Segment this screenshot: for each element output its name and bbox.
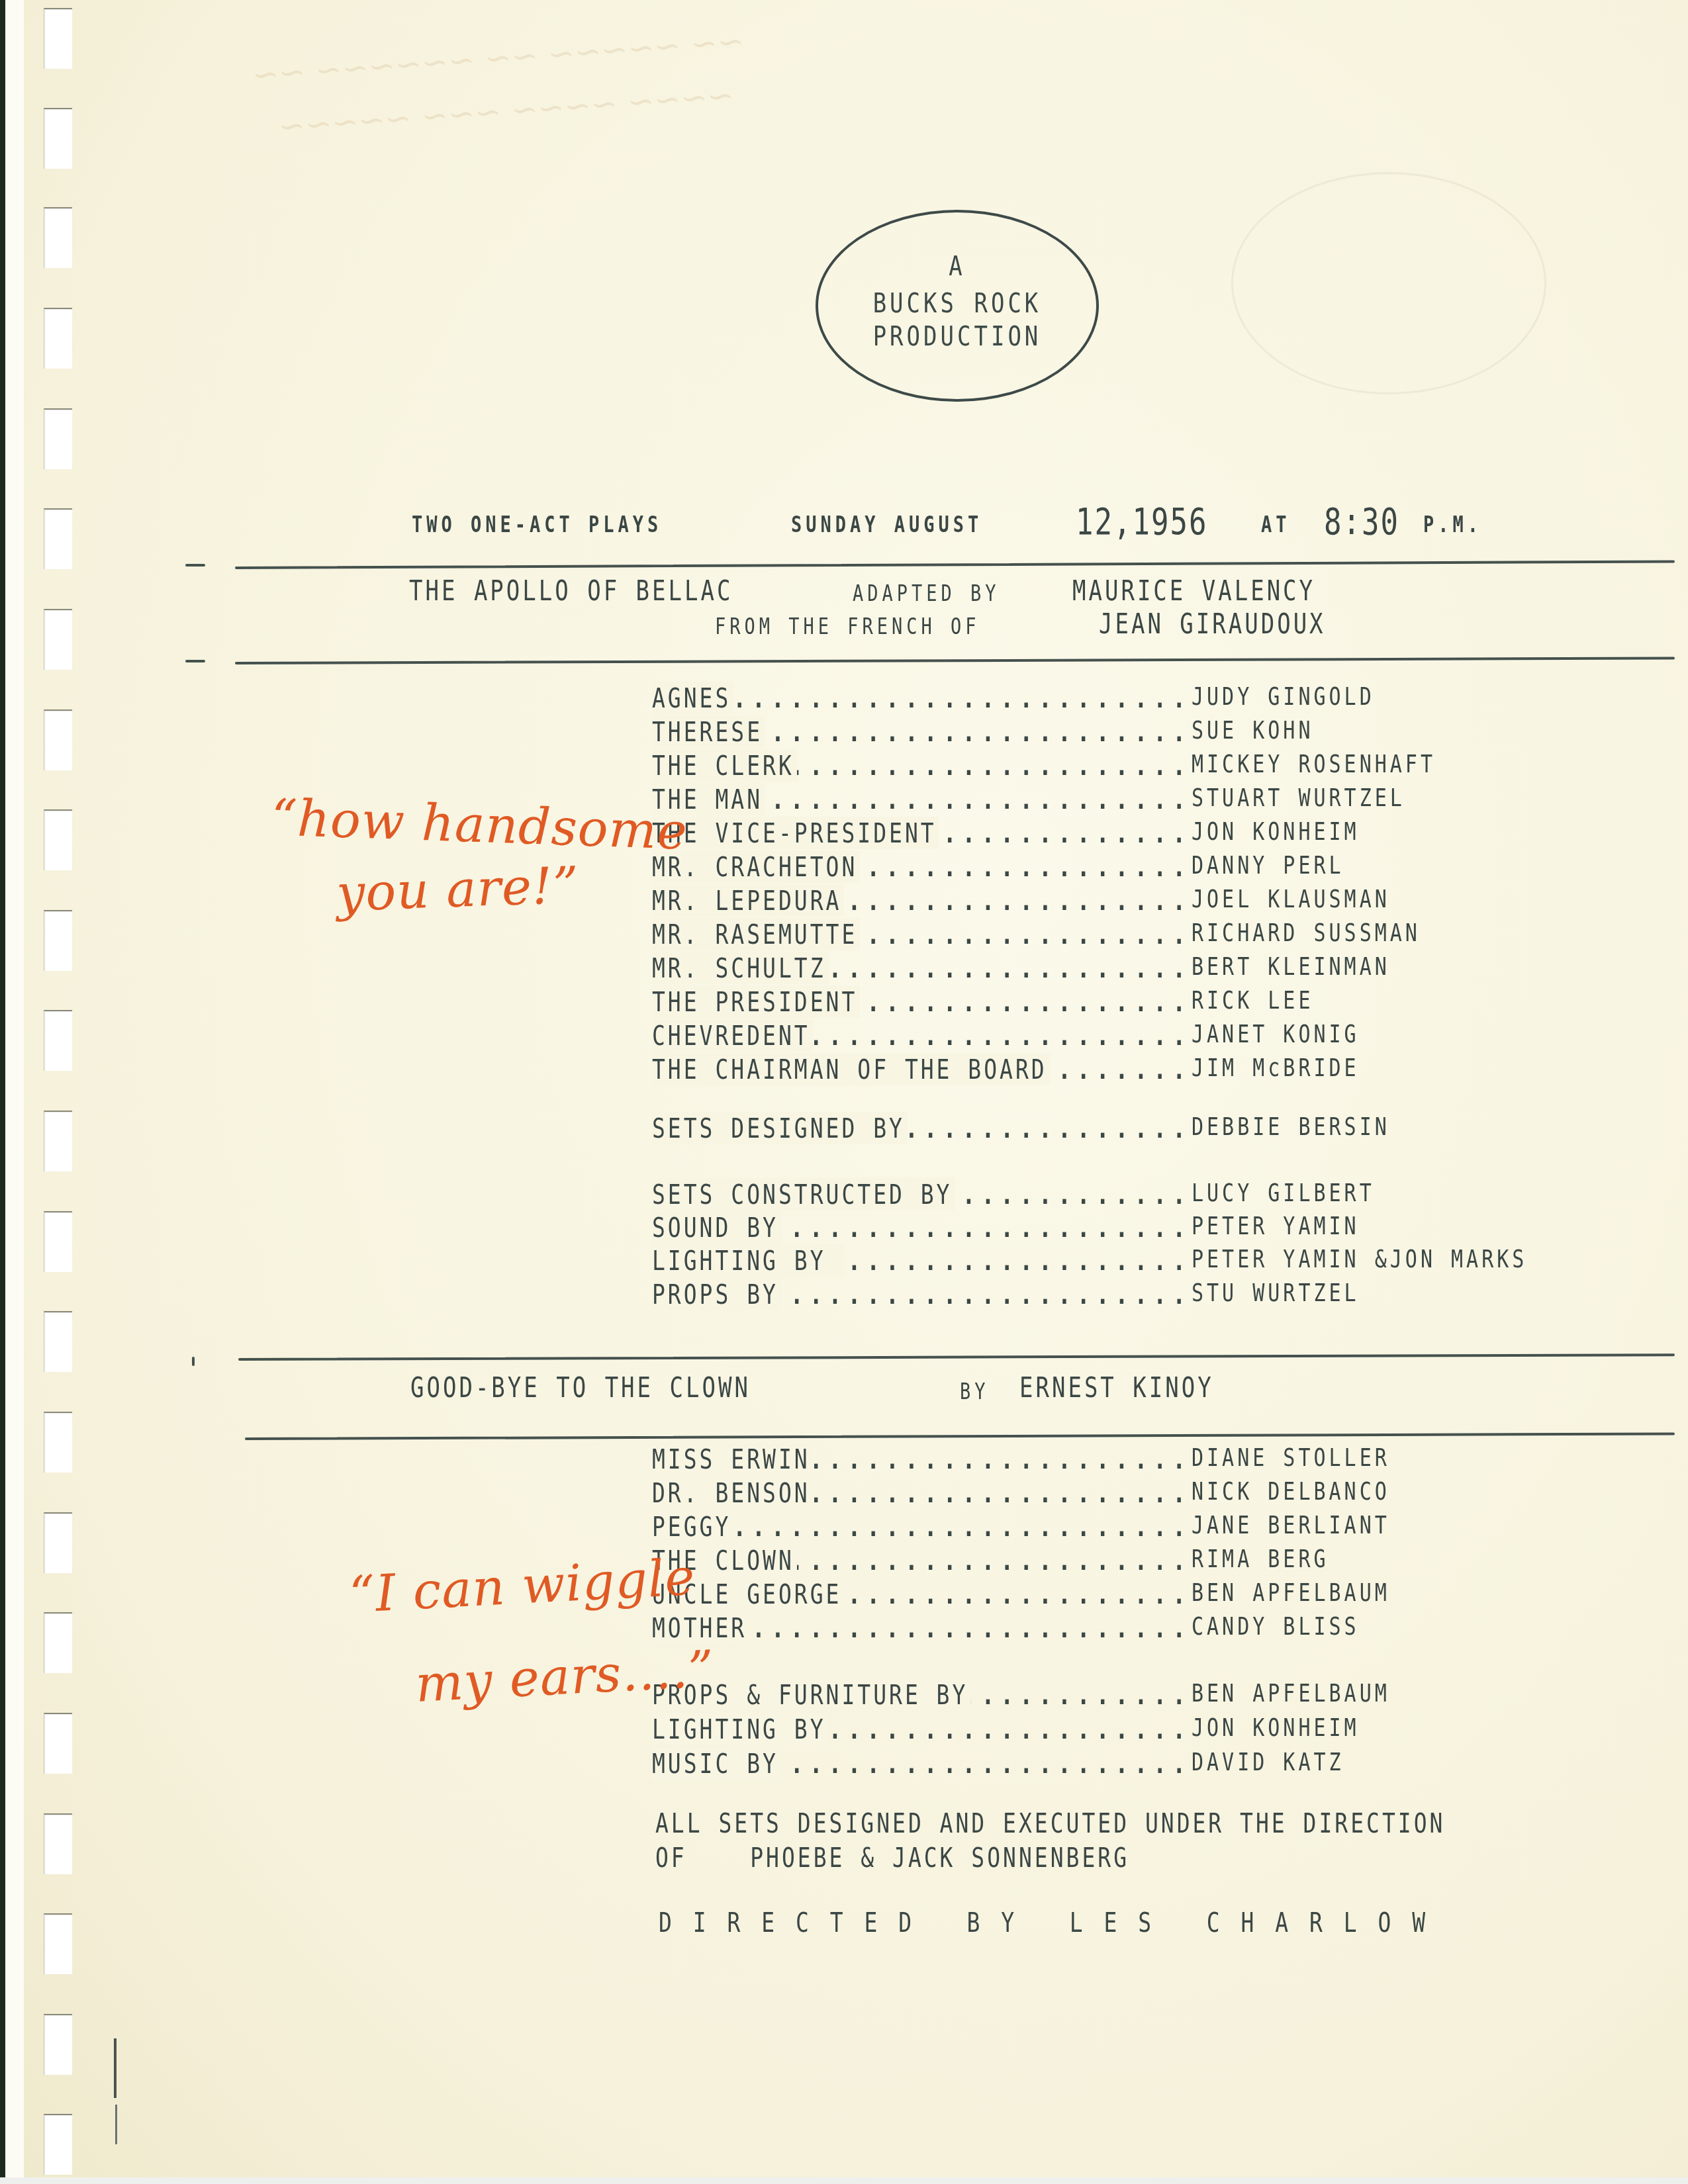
directed-by: D I R E C T E D B Y L E S C H A R L O W — [659, 1906, 1429, 1938]
credit-role: PEGGY — [652, 1510, 733, 1543]
binding-hole — [44, 8, 72, 69]
credit-role: PROPS BY — [652, 1278, 781, 1310]
credit-row: ........................................… — [652, 1685, 1645, 1714]
section-rule — [235, 561, 1675, 569]
binding-hole — [44, 2014, 72, 2075]
binding-hole — [44, 108, 72, 169]
credit-name: DANNY PERL — [1192, 851, 1344, 880]
set-direction-line1: ALL SETS DESIGNED AND EXECUTED UNDER THE… — [655, 1807, 1445, 1839]
credit-name: STUART WURTZEL — [1192, 784, 1405, 813]
binding-hole — [44, 308, 72, 369]
credit-row: ........................................… — [652, 1551, 1645, 1580]
credit-name: DEBBIE BERSIN — [1192, 1113, 1390, 1142]
rule-stub — [185, 660, 205, 662]
performance-time: 8:30 — [1324, 501, 1399, 543]
credit-name: PETER YAMIN — [1192, 1212, 1360, 1241]
section-rule — [238, 1353, 1675, 1361]
credit-row: ........................................… — [652, 1060, 1645, 1089]
credit-row: ........................................… — [652, 1449, 1645, 1479]
credit-row: ........................................… — [652, 992, 1645, 1021]
binding-hole — [44, 207, 72, 268]
play1-from-label: FROM THE FRENCH OF — [715, 614, 980, 640]
credit-role: MISS ERWIN — [652, 1443, 813, 1475]
credit-name: BEN APFELBAUM — [1192, 1578, 1390, 1608]
handwritten-note-1-line1: “how handsome — [270, 788, 688, 861]
binding-hole — [44, 709, 72, 770]
credit-row: ........................................… — [652, 1517, 1645, 1546]
binding-hole — [44, 609, 72, 670]
binding-hole — [44, 508, 72, 569]
scan-edge — [0, 0, 5, 2184]
credit-role: SETS DESIGNED BY — [652, 1112, 908, 1144]
play2-by-label: BY — [960, 1379, 990, 1405]
credit-name: DAVID KATZ — [1192, 1748, 1344, 1777]
credit-name: RIMA BERG — [1192, 1545, 1329, 1574]
ampm-label: P.M. — [1423, 512, 1482, 538]
rule-stub — [185, 564, 205, 567]
credit-row: ........................................… — [652, 1483, 1645, 1512]
logo-line-a: A — [818, 251, 1096, 283]
credit-name: BEN APFELBAUM — [1192, 1679, 1390, 1708]
play2-author: ERNEST KINOY — [1019, 1371, 1214, 1404]
binding-hole — [44, 1211, 72, 1272]
binding-hole — [44, 2114, 72, 2175]
credit-role: THE VICE-PRESIDENT — [652, 817, 939, 849]
credit-name: RICK LEE — [1192, 986, 1314, 1015]
credit-name: PETER YAMIN &JON MARKS — [1192, 1245, 1527, 1274]
credit-name: MICKEY ROSENHAFT — [1192, 750, 1436, 779]
credit-row: ........................................… — [652, 1754, 1645, 1783]
credit-row: ........................................… — [652, 1026, 1645, 1055]
credit-name: JIM McBRIDE — [1192, 1054, 1360, 1083]
performance-day: SUNDAY AUGUST — [791, 512, 982, 538]
logo-line-bucks-rock: BUCKS ROCK — [818, 288, 1096, 320]
credit-row: ........................................… — [652, 1251, 1645, 1280]
binding-hole — [44, 1311, 72, 1372]
credit-name: RICHARD SUSSMAN — [1192, 919, 1421, 948]
credit-role: SETS CONSTRUCTED BY — [652, 1178, 955, 1210]
credit-row: ........................................… — [652, 857, 1645, 886]
credit-role: THE CLERK — [652, 749, 797, 782]
binding-hole — [44, 1512, 72, 1573]
credit-name: JANE BERLIANT — [1192, 1511, 1390, 1540]
credit-row: ........................................… — [652, 688, 1645, 717]
credit-row: ........................................… — [652, 756, 1645, 785]
credit-name: LUCY GILBERT — [1192, 1179, 1375, 1208]
handwritten-note-2-line1: “I can wiggle — [348, 1547, 696, 1624]
credit-role: LIGHTING BY — [652, 1244, 844, 1277]
at-label: AT — [1261, 512, 1291, 538]
play2-title: GOOD-BYE TO THE CLOWN — [410, 1371, 751, 1404]
program-page: ~~ ~~~~~ ~~ ~~~~~~ ~~ ~~~~ ~~~~ ~~~ ~~~~… — [0, 0, 1688, 2184]
play1-adapted-label: ADAPTED BY — [853, 581, 1000, 607]
binding-hole — [44, 1010, 72, 1071]
binding-hole — [44, 1111, 72, 1171]
credit-name: NICK DELBANCO — [1192, 1477, 1390, 1506]
credit-row: ........................................… — [652, 1618, 1645, 1647]
credit-row: ........................................… — [652, 958, 1645, 987]
credit-row: ........................................… — [652, 823, 1645, 852]
logo-line-production: PRODUCTION — [818, 321, 1096, 353]
credit-role: MR. LEPEDURA — [652, 884, 844, 917]
credit-role: LIGHTING BY — [652, 1713, 829, 1745]
margin-ink-mark — [115, 2105, 117, 2144]
binding-strip — [5, 0, 24, 2184]
binding-hole — [44, 1813, 72, 1874]
credit-role: DR. BENSON — [652, 1477, 813, 1509]
credit-row: ........................................… — [652, 1218, 1645, 1247]
credit-role: CHEVREDENT — [652, 1019, 813, 1052]
margin-ink-mark — [114, 2038, 117, 2098]
credit-name: DIANE STOLLER — [1192, 1443, 1390, 1473]
credit-name: STU WURTZEL — [1192, 1279, 1360, 1308]
binding-hole — [44, 809, 72, 870]
credit-row: ........................................… — [652, 1719, 1645, 1749]
program-label: TWO ONE-ACT PLAYS — [412, 512, 662, 538]
credit-name: JANET KONIG — [1192, 1020, 1360, 1049]
credit-name: JUDY GINGOLD — [1192, 682, 1375, 711]
credit-role: MR. SCHULTZ — [652, 952, 829, 984]
binding-hole — [44, 1713, 72, 1774]
credit-name: JON KONHEIM — [1192, 1713, 1360, 1743]
play1-author: JEAN GIRAUDOUX — [1099, 608, 1326, 641]
section-rule — [245, 1432, 1675, 1440]
rule-tick — [192, 1357, 195, 1366]
binding-hole — [44, 1412, 72, 1473]
section-rule — [235, 657, 1675, 664]
credit-row: ........................................… — [652, 891, 1645, 920]
binding-hole — [44, 1612, 72, 1673]
credit-name: BERT KLEINMAN — [1192, 952, 1390, 981]
play1-adapter: MAURICE VALENCY — [1072, 574, 1315, 608]
credit-name: SUE KOHN — [1192, 716, 1314, 745]
scan-bottom-edge — [0, 2177, 1688, 2184]
credit-row: ........................................… — [652, 790, 1645, 819]
credit-row: ........................................… — [652, 1118, 1645, 1148]
credit-role: THE PRESIDENT — [652, 985, 860, 1018]
set-direction-line2: OF PHOEBE & JACK SONNENBERG — [655, 1841, 1129, 1874]
bleed-through-oval — [1231, 172, 1546, 394]
credit-role: THERESE — [652, 715, 765, 748]
binding-hole — [44, 910, 72, 971]
binding-hole — [44, 408, 72, 469]
credit-role: THE CHAIRMAN OF THE BOARD — [652, 1053, 1050, 1085]
binding-hole — [44, 1913, 72, 1974]
credit-row: ........................................… — [652, 1185, 1645, 1214]
credit-row: ........................................… — [652, 722, 1645, 751]
handwritten-note-1-line2: you are!” — [336, 855, 581, 923]
credit-name: CANDY BLISS — [1192, 1612, 1360, 1641]
performance-date: 12,1956 — [1076, 501, 1207, 543]
credit-row: ........................................… — [652, 1584, 1645, 1614]
credit-role: SOUND BY — [652, 1211, 781, 1244]
bucks-rock-logo: A BUCKS ROCK PRODUCTION — [816, 210, 1099, 402]
play1-title: THE APOLLO OF BELLAC — [409, 574, 733, 608]
credit-role: AGNES — [652, 682, 733, 714]
credit-role: MUSIC BY — [652, 1747, 781, 1780]
credit-role: MR. RASEMUTTE — [652, 918, 860, 950]
credit-name: JON KONHEIM — [1192, 817, 1360, 846]
credit-row: ........................................… — [652, 1285, 1645, 1314]
credit-row: ........................................… — [652, 925, 1645, 954]
credit-name: JOEL KLAUSMAN — [1192, 885, 1390, 914]
